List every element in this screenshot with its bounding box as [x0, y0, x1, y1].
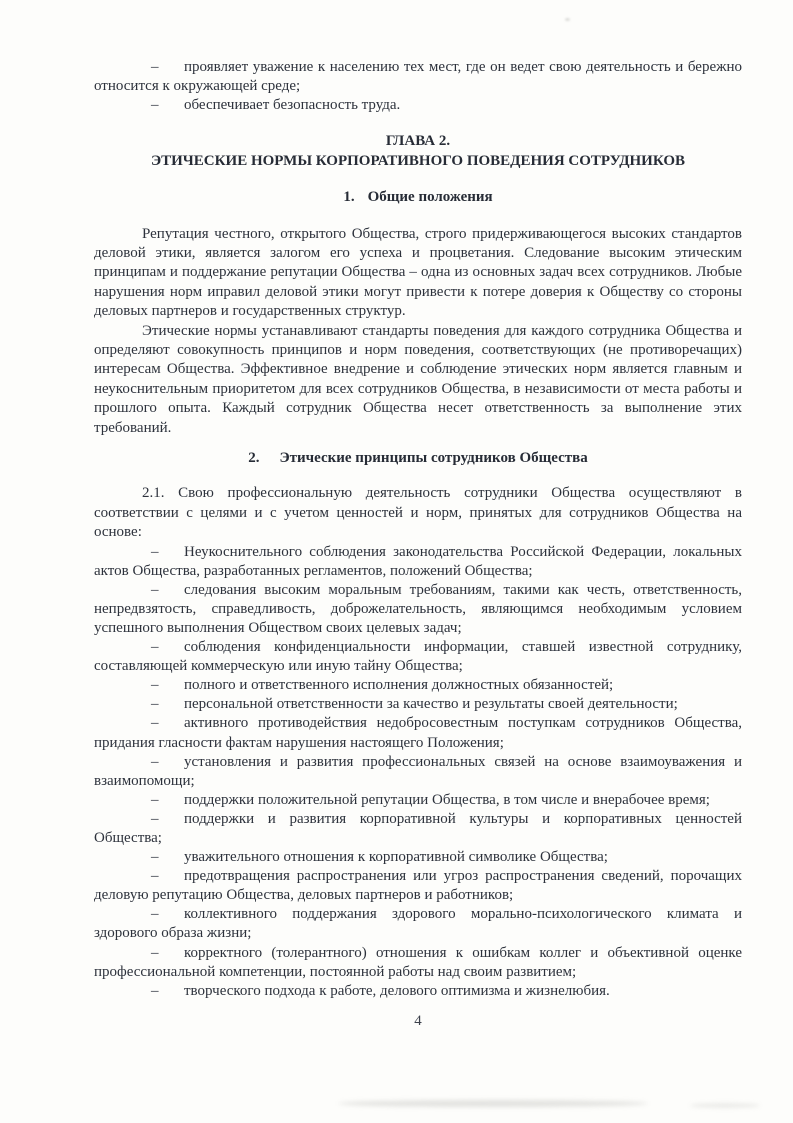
chapter-title-line: ЭТИЧЕСКИЕ НОРМЫ КОРПОРАТИВНОГО ПОВЕДЕНИЯ…: [94, 152, 742, 171]
bullet-text: установления и развития профессиональных…: [94, 754, 742, 789]
bullet-text: коллективного поддержания здорового мора…: [94, 906, 742, 941]
section-1-title: Общие положения: [368, 189, 493, 205]
document-page: –проявляет уважение к населению тех мест…: [0, 0, 793, 1123]
list-item: –поддержки и развития корпоративной куль…: [94, 810, 742, 848]
list-item: –установления и развития профессиональны…: [94, 753, 742, 791]
chapter-heading: ГЛАВА 2. ЭТИЧЕСКИЕ НОРМЫ КОРПОРАТИВНОГО …: [94, 132, 742, 171]
bullet-text: следования высоким моральным требованиям…: [94, 582, 742, 636]
list-item: –персональной ответственности за качеств…: [94, 695, 742, 714]
section-2-heading: 2.Этические принципы сотрудников Обществ…: [94, 449, 742, 468]
bullet-dash: –: [151, 714, 184, 733]
paragraph: 2.1. Свою профессиональную деятельность …: [94, 484, 742, 542]
bullet-text: творческого подхода к работе, делового о…: [184, 983, 610, 999]
scan-smudge-artifact: [690, 1103, 760, 1108]
bullet-text: уважительного отношения к корпоративной …: [184, 849, 608, 865]
bullet-dash: –: [151, 982, 184, 1001]
section-2-number: 2.: [248, 450, 259, 466]
list-item: –творческого подхода к работе, делового …: [94, 982, 742, 1001]
bullet-text: предотвращения распространения или угроз…: [94, 868, 742, 903]
bullet-text: поддержки положительной репутации Общест…: [184, 792, 710, 808]
bullet-dash: –: [151, 867, 184, 886]
bullet-dash: –: [151, 676, 184, 695]
bullet-text: активного противодействия недобросовестн…: [94, 715, 742, 750]
scan-smudge-artifact: [338, 1100, 648, 1107]
list-item: –полного и ответственного исполнения дол…: [94, 676, 742, 695]
list-item: –поддержки положительной репутации Общес…: [94, 791, 742, 810]
bullet-text: обеспечивает безопасность труда.: [184, 97, 400, 113]
bullet-text: соблюдения конфиденциальности информации…: [94, 639, 742, 674]
paragraph: Этические нормы устанавливают стандарты …: [94, 322, 742, 438]
section-1-number: 1.: [343, 189, 354, 205]
bullet-text: Неукоснительного соблюдения законодатель…: [94, 544, 742, 579]
list-item: –предотвращения распространения или угро…: [94, 867, 742, 905]
list-item: –коллективного поддержания здорового мор…: [94, 905, 742, 943]
bullet-dash: –: [151, 905, 184, 924]
bullet-text: персональной ответственности за качество…: [184, 696, 678, 712]
bullet-text: корректного (толерантного) отношения к о…: [94, 945, 742, 980]
bullet-dash: –: [151, 695, 184, 714]
list-item: –проявляет уважение к населению тех мест…: [94, 58, 742, 96]
bullet-text: поддержки и развития корпоративной культ…: [94, 811, 742, 846]
bullet-dash: –: [151, 543, 184, 562]
section-1-heading: 1.Общие положения: [94, 188, 742, 207]
bullet-dash: –: [151, 810, 184, 829]
bullet-dash: –: [151, 581, 184, 600]
list-item: –корректного (толерантного) отношения к …: [94, 944, 742, 982]
page-number: 4: [94, 1013, 742, 1030]
list-item: –соблюдения конфиденциальности информаци…: [94, 638, 742, 676]
chapter-number-line: ГЛАВА 2.: [94, 132, 742, 151]
bullet-dash: –: [151, 944, 184, 963]
page-content: –проявляет уважение к населению тех мест…: [94, 58, 742, 1001]
scan-speck-artifact: [565, 18, 570, 21]
paragraph: Репутация честного, открытого Общества, …: [94, 225, 742, 322]
list-item: –активного противодействия недобросовест…: [94, 714, 742, 752]
list-item: –уважительного отношения к корпоративной…: [94, 848, 742, 867]
bullet-dash: –: [151, 58, 184, 77]
bullet-dash: –: [151, 791, 184, 810]
section-2-title: Этические принципы сотрудников Общества: [279, 450, 587, 466]
bullet-dash: –: [151, 638, 184, 657]
list-item: –Неукоснительного соблюдения законодател…: [94, 543, 742, 581]
list-item: –следования высоким моральным требования…: [94, 581, 742, 638]
bullet-dash: –: [151, 96, 184, 115]
bullet-dash: –: [151, 848, 184, 867]
bullet-text: проявляет уважение к населению тех мест,…: [94, 59, 742, 94]
bullet-text: полного и ответственного исполнения долж…: [184, 677, 613, 693]
bullet-dash: –: [151, 753, 184, 772]
list-item: –обеспечивает безопасность труда.: [94, 96, 742, 115]
